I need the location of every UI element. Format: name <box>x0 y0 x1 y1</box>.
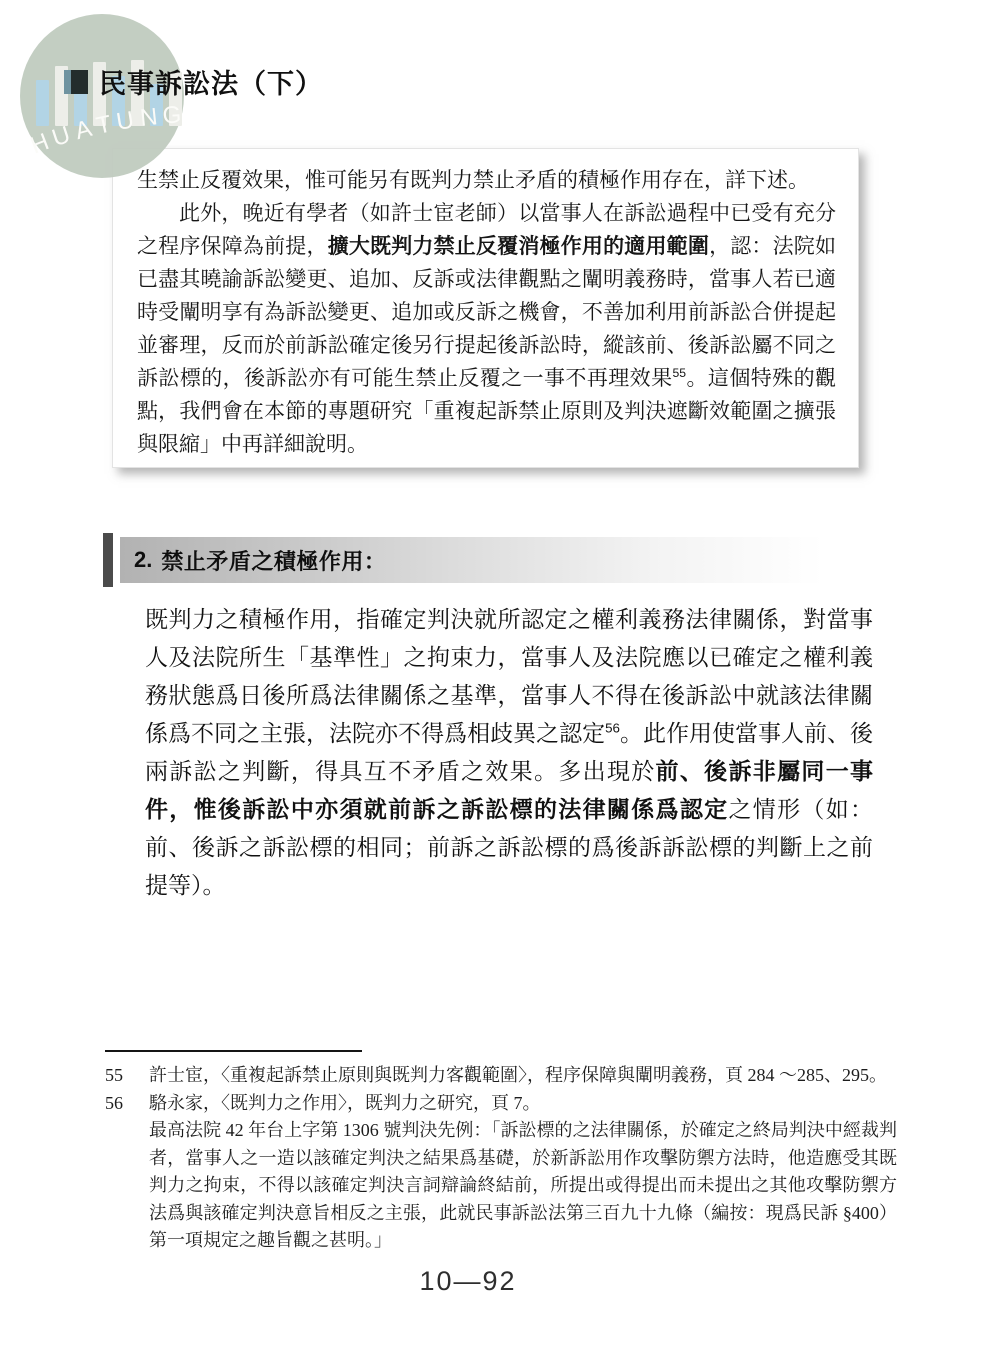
chapter-title: 民事訴訟法（下） <box>99 62 323 101</box>
section-heading: 2. 禁止矛盾之積極作用： <box>103 533 860 587</box>
footnote-reference: 55 <box>673 366 687 380</box>
footnote: 56駱永家，〈既判力之作用〉，既判力之研究，頁 7。最高法院 42 年台上字第 … <box>105 1090 897 1255</box>
footnote-paragraph: 最高法院 42 年台上字第 1306 號判決先例：「訴訟標的之法律關係，於確定之… <box>149 1117 897 1255</box>
footnote-paragraph: 駱永家，〈既判力之作用〉，既判力之研究，頁 7。 <box>149 1090 897 1118</box>
logo-bar <box>36 80 49 126</box>
footnote-reference: 56 <box>605 720 620 735</box>
logo-letter: N <box>138 103 160 133</box>
intro-paragraph-2: 此外，晚近有學者（如許士宦老師）以當事人在訴訟過程中已受有充分之程序保障為前提，… <box>137 197 836 461</box>
body-paragraph: 既判力之積極作用，指確定判決就所認定之權利義務法律關係，對當事人及法院所生「基準… <box>145 600 873 904</box>
intro-text-box: 生禁止反覆效果，惟可能另有既判力禁止矛盾的積極作用存在，詳下述。 此外，晚近有學… <box>112 148 859 468</box>
chapter-header: 民事訴訟法（下） <box>64 62 323 101</box>
chapter-square-icon <box>64 70 88 94</box>
logo-letter: T <box>94 110 116 141</box>
section-number: 2. <box>134 547 152 573</box>
logo-letter: G <box>162 101 184 130</box>
footnotes: 55許士宦，〈重複起訴禁止原則與既判力客觀範圍〉，程序保障與闡明義務，頁 284… <box>105 1062 897 1255</box>
text-run: 生禁止反覆效果，惟可能另有既判力禁止矛盾的積極作用存在，詳下述。 <box>137 169 809 192</box>
section-heading-band: 2. 禁止矛盾之積極作用： <box>120 537 860 583</box>
section-title: 禁止矛盾之積極作用： <box>161 545 386 576</box>
footnote-paragraph: 許士宦，〈重複起訴禁止原則與既判力客觀範圍〉，程序保障與闡明義務，頁 284 ～… <box>149 1062 897 1090</box>
text-run: 擴大既判力禁止反覆消極作用的適用範圍 <box>328 235 709 258</box>
footnote-separator <box>105 1050 362 1052</box>
intro-paragraph-1: 生禁止反覆效果，惟可能另有既判力禁止矛盾的積極作用存在，詳下述。 <box>137 164 836 197</box>
page-number: 10—92 <box>0 1266 936 1297</box>
footnote-text: 許士宦，〈重複起訴禁止原則與既判力客觀範圍〉，程序保障與闡明義務，頁 284 ～… <box>149 1062 897 1090</box>
footnote-text: 駱永家，〈既判力之作用〉，既判力之研究，頁 7。最高法院 42 年台上字第 13… <box>149 1090 897 1255</box>
footnote-number: 56 <box>105 1090 149 1255</box>
logo-letter: A <box>72 114 97 146</box>
section-heading-accent-bar <box>103 533 113 587</box>
logo-letter: U <box>115 106 138 137</box>
footnote: 55許士宦，〈重複起訴禁止原則與既判力客觀範圍〉，程序保障與闡明義務，頁 284… <box>105 1062 897 1090</box>
footnote-number: 55 <box>105 1062 149 1090</box>
